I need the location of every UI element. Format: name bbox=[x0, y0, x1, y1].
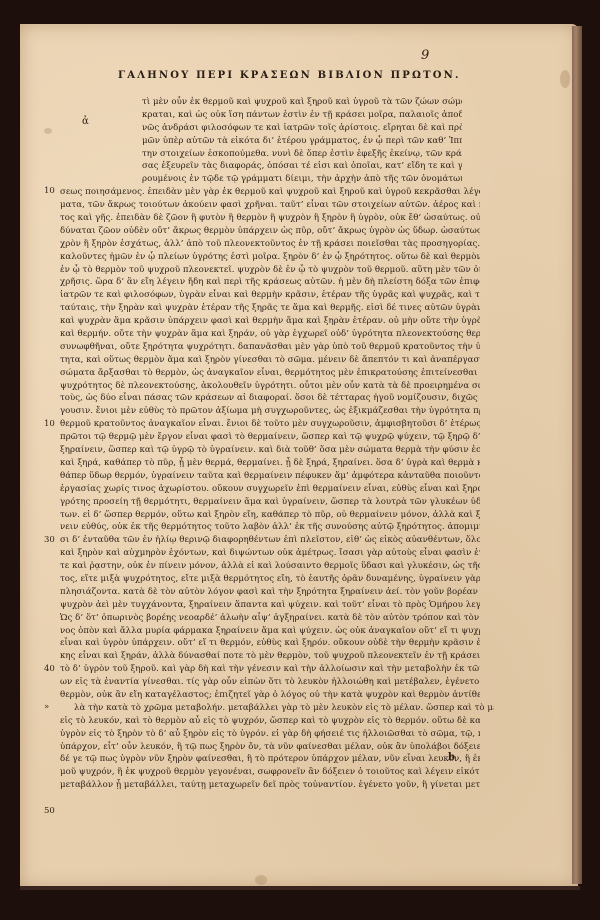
text-line: καὶ θερμήν. οὔτε τὴν ψυχρὰν ἅμα καὶ ξηρά… bbox=[60, 328, 480, 341]
text-line: συνωφθῆναι, οὔτε ξηρότητα ψυχρότητι. δαπ… bbox=[60, 341, 480, 354]
text-line: σι δ’ ἐνταῦθα τῶν ἐν ἡλίῳ θερινῷ διαφορη… bbox=[60, 534, 480, 547]
margin-line-number: » bbox=[44, 702, 49, 712]
text-line: ψυχρότητος δὲ πλεονεκτούσης, ἀκολουθεῖν … bbox=[60, 380, 480, 393]
text-line: εἰς τὸ λευκόν, καὶ τὸ θερμὸν αὖ εἰς τὸ ψ… bbox=[60, 715, 480, 728]
text-line: θερμοῦ κρατοῦντος ἀναγκαῖον εἶναι. ἔνιοι… bbox=[60, 418, 480, 431]
text-line: την στοιχείων ἐσκοπούμεθα. νυνὶ δὲ ὅπερ … bbox=[142, 148, 462, 161]
paper-stain bbox=[560, 70, 570, 88]
margin-line-number: 40 bbox=[44, 664, 55, 674]
page-edge bbox=[572, 26, 582, 884]
text-line: θερμὸν, οὐκ ἂν εἴη καταγέλαστος; ἐπιζητε… bbox=[60, 689, 480, 702]
text-line: καὶ ξηρὸν καὶ αὐχμηρὸν ἐχόντων, καὶ διψώ… bbox=[60, 547, 480, 560]
text-line: ὑγρὸν εἰς τὸ ξηρὸν τὸ δ’ αὖ ξηρὸν εἰς τὸ… bbox=[60, 728, 480, 741]
text-line: ρουμένοις ἐν τῷδε τῷ γράμματι δίειμι, τὴ… bbox=[142, 173, 462, 186]
text-line: καλοῦντες ἡμῶν ἐν ᾧ πλείων ὑγρότης ἐστὶ … bbox=[60, 251, 480, 264]
folio-number: 9 bbox=[421, 48, 429, 63]
text-line: τὸ δ’ ὑγρὸν τοῦ ξηροῦ. καὶ γὰρ δὴ καὶ τὴ… bbox=[60, 663, 480, 676]
text-line: δύναται ζῶον οὐδὲν οὔτ’ ἄκρως θερμὸν ὑπά… bbox=[60, 225, 480, 238]
body-text-block: τὶ μὲν οὖν ἐκ θερμοῦ καὶ ψυχροῦ καὶ ξηρο… bbox=[142, 96, 462, 792]
text-line: γρότης προσείη τῇ θερμότητι, θερμαίνειν … bbox=[60, 496, 480, 509]
text-line: ἰατρῶν τε καὶ φιλοσόφων, ὑγρὰν εἶναι καὶ… bbox=[60, 289, 480, 302]
text-line: ων εἰς τὰ ἐναντία γίνεσθαι. τίς γὰρ οὖν … bbox=[60, 676, 480, 689]
signature-mark: b bbox=[448, 752, 455, 763]
text-line: πλησιάζοντα. κατὰ δὲ τὸν αὐτὸν λόγον φασ… bbox=[60, 586, 480, 599]
text-line: τε καὶ ῥᾳστην, οὐκ ἐν πίνειν μόνον, ἀλλὰ… bbox=[60, 560, 480, 573]
margin-line-number: 10 bbox=[44, 419, 55, 429]
text-line: ἐν ᾧ τὸ θερμὸν τοῦ ψυχροῦ πλεονεκτεῖ. ψυ… bbox=[60, 264, 480, 277]
margin-note: ἀ bbox=[82, 116, 89, 127]
paper-stain bbox=[255, 875, 267, 885]
text-line: νῶς ἀνδράσι φιλοσόφων τε καὶ ἰατρῶν τοῖς… bbox=[142, 122, 462, 135]
text-line: Ὡς δ’ ὅτ’ ὀπωρινὸς βορέης νεοαρδέ’ ἀλωὴν… bbox=[60, 612, 480, 625]
text-line: τητα, καὶ οὕτως θερμὸν ἅμα καὶ ξηρὸν γίν… bbox=[60, 354, 480, 367]
text-line: νειν εὐθύς, οὐκ ἐκ τῆς θερμότητος τοῦτο … bbox=[60, 521, 480, 534]
text-line: πρῶτοι τῷ θερμῷ μὲν ἔργον εἶναι φασὶ τὸ … bbox=[60, 431, 480, 444]
text-line: χρὸν ἢ ξηρὸν ἐσχάτως, ἀλλ’ ἀπὸ τοῦ πλεον… bbox=[60, 238, 480, 251]
text-line: κραται, καὶ ὡς οὐκ ἴση πάντων ἐστὶν ἐν τ… bbox=[142, 109, 462, 122]
text-line: σώματα ἄρξασθαι τὸ θερμὸν, ὡς ἀναγκαῖον … bbox=[60, 367, 480, 380]
margin-line-number: 10 bbox=[44, 186, 55, 196]
text-line: τος, εἴτε μιξὰ ψυχρότητος, εἴτε μιξὰ θερ… bbox=[60, 573, 480, 586]
text-line: ψυχρὸν ἀεὶ μὲν τυγχάνοντα, ξηραίνειν ἅπα… bbox=[60, 599, 480, 612]
page-bottom-edge bbox=[20, 886, 580, 890]
text-line: κης εἶναι καὶ ξηράν, ἀλλὰ δύνασθαί ποτε … bbox=[60, 650, 480, 663]
text-line: χρῆσις. ὥρα δ’ ἂν εἴη λέγειν ἤδη καὶ περ… bbox=[60, 276, 480, 289]
text-line: μῶν ὑπὲρ αὐτῶν τὰ εἰκότα δι’ ἑτέρου γράμ… bbox=[142, 135, 462, 148]
margin-line-number: 30 bbox=[44, 535, 55, 545]
text-line: καὶ ξηρά, καθάπερ τὸ πῦρ, ᾗ μὲν θερμά, θ… bbox=[60, 457, 480, 470]
text-line: ταύταις, τὴν ξηρὰν καὶ ψυχρὰν ἑτέραν τῆς… bbox=[60, 302, 480, 315]
running-head: ΓΑΛΗΝΟΥ ΠΕΡΙ ΚΡΑΣΕΩΝ ΒΙΒΛΙΟΝ ΠΡΩΤΟΝ. bbox=[118, 70, 461, 81]
text-line: των. εἰ δ’ ὥσπερ θερμόν, οὕτω καὶ ξηρὸν … bbox=[60, 509, 480, 522]
paper-stain bbox=[44, 128, 52, 134]
text-line: καὶ ψυχρὰν ἅμα κρᾶσιν ὑπάρχειν φασὶ καὶ … bbox=[60, 315, 480, 328]
text-line: τὶ μὲν οὖν ἐκ θερμοῦ καὶ ψυχροῦ καὶ ξηρο… bbox=[142, 96, 462, 109]
text-line: τοὺς, ὡς δύο εἶναι πάσας τῶν κράσεων αἱ … bbox=[60, 392, 480, 405]
text-line: γουσιν. ἔνιοι μὲν εὐθὺς τὸ πρῶτον ἀξίωμα… bbox=[60, 405, 480, 418]
text-line: εἶναι καὶ ὑγρὸν ὑπάρχειν. οὔτ’ εἴ τι θερ… bbox=[60, 637, 480, 650]
text-line: νος ὀπὸν καὶ ἄλλα μυρία φάρμακα ξηραίνει… bbox=[60, 625, 480, 638]
text-line: ξηραίνειν, ὥσπερ καὶ τῷ ὑγρῷ τὸ ὑγραίνει… bbox=[60, 444, 480, 457]
text-line: ἐργασίας χωρίς τινος ἀχωρίστου. οὔκουν σ… bbox=[60, 483, 480, 496]
text-line: ὑπάρχον, εἶτ’ οὖν λευκόν, ἢ τῷ πως ξηρὸν… bbox=[60, 741, 480, 754]
text-line: σεως ποιησάμενος. ἐπειδὰν μὲν γὰρ ἐκ θερ… bbox=[60, 186, 480, 199]
text-line: μεταβάλλον ᾗ μεταβάλλει, ταύτῃ μεταχωρεῖ… bbox=[60, 779, 480, 792]
margin-line-number: 50 bbox=[44, 806, 55, 816]
text-line: λὰ τὴν κατὰ τὸ χρῶμα μεταβολήν. μεταβάλλ… bbox=[60, 702, 494, 715]
text-line: θάπερ ὕδωρ θερμόν, ὑγραίνειν ταῦτα καὶ θ… bbox=[60, 470, 480, 483]
text-line: ματα, τῶν ἄκρως τοιούτων ἀκούειν φασὶ χρ… bbox=[60, 199, 480, 212]
text-line: μοῦ ψυχρόν, ἢ ἐκ ψυχροῦ θερμὸν γεγονέναι… bbox=[60, 766, 480, 779]
text-line: δέ γε τῷ πως ὑγρὸν νῦν ξηρὸν φαίνεσθαι, … bbox=[60, 753, 480, 766]
text-line: σας ἐξευρεῖν τὰς διαφοράς, ὁπόσαι τέ εἰσ… bbox=[142, 160, 462, 173]
text-line: τος καὶ γῆς. ἐπειδὰν δὲ ζῶον ἢ φυτὸν ἢ θ… bbox=[60, 212, 480, 225]
